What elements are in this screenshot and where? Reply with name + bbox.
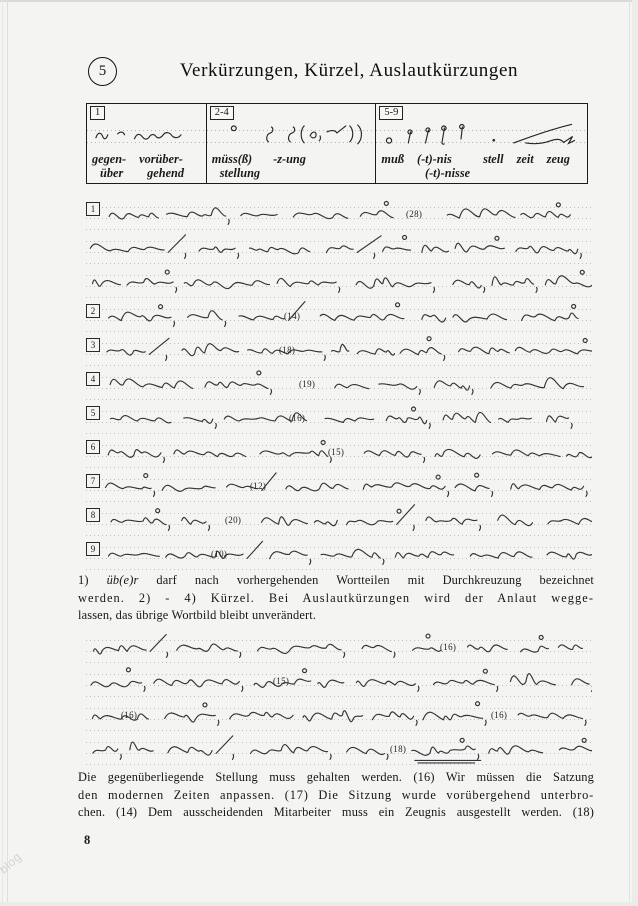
shorthand-stroke xyxy=(86,732,592,766)
shorthand-line-1: 1 (28) xyxy=(86,197,592,231)
practice-line-1: (16) xyxy=(86,630,592,664)
shorthand-symbols xyxy=(87,121,206,149)
line-number-box: 9 xyxy=(86,542,100,556)
legend-word: -z-ung xyxy=(273,153,306,167)
legend-word: (-t)-nis xyxy=(417,153,452,167)
legend-cell-3: 5-9 muß (-t)-nis (-t)-nisse stell zei xyxy=(376,104,587,183)
shorthand-line-5: 5 (16) xyxy=(86,401,592,435)
shorthand-stroke xyxy=(86,698,592,732)
line-number-box: 4 xyxy=(86,372,100,386)
legend-cell-tag: 5-9 xyxy=(379,106,403,120)
shorthand-stroke xyxy=(103,333,592,367)
shorthand-symbol-drawing xyxy=(376,121,587,149)
footnote-paragraph: 1) üb(e)r darf nach vorhergehenden Wortt… xyxy=(78,572,594,625)
scan-edge-right xyxy=(629,0,630,906)
sentence-ref: (19) xyxy=(299,379,315,389)
shorthand-line-7: 7 (12) xyxy=(86,469,592,503)
practice-line-2: (15) xyxy=(86,664,592,698)
watermark-text: blog xyxy=(0,850,24,877)
sentence-ref: (28) xyxy=(406,209,422,219)
section-number-badge: 5 xyxy=(88,57,117,86)
shorthand-practice-block: (16) (15) (16) (16) (18) xyxy=(86,630,592,766)
sentence-ref: (16) xyxy=(289,413,305,423)
legend-word: gehend xyxy=(139,167,184,181)
line-number-box: 1 xyxy=(86,202,100,216)
shorthand-stroke xyxy=(86,265,592,299)
shorthand-stroke xyxy=(103,367,592,401)
sentence-ref: (12) xyxy=(250,481,266,491)
legend-word: zeug xyxy=(547,153,570,167)
practice-line-4: (18) xyxy=(86,732,592,766)
sentence-ref: (10) xyxy=(211,549,227,559)
shorthand-symbols xyxy=(376,121,587,149)
scan-edge-left xyxy=(7,0,8,906)
shorthand-stroke xyxy=(103,503,592,537)
sentence-ref: (15) xyxy=(328,447,344,457)
footnote-line: lassen, das übrige Wortbild bleibt unver… xyxy=(78,607,594,625)
legend-cell-2: 2-4 müss(ß) stellung -z-ung xyxy=(207,104,377,183)
legend-word: über xyxy=(92,167,123,181)
legend-word: müss(ß) xyxy=(212,153,252,167)
solution-line: den modernen Zeiten anpassen. (17) Die S… xyxy=(78,787,594,805)
shorthand-symbol-drawing xyxy=(87,121,206,149)
shorthand-stroke xyxy=(103,537,592,571)
sentence-ref: (16) xyxy=(491,710,507,720)
legend-word: (-t)-nisse xyxy=(417,167,470,181)
line-number-box: 3 xyxy=(86,338,100,352)
legend-word: muß xyxy=(381,153,404,167)
page-title: Verkürzungen, Kürzel, Auslautkürzungen xyxy=(120,60,578,82)
practice-line-3: (16) (16) xyxy=(86,698,592,732)
legend-labels: gegen- über vorüber- gehend xyxy=(92,153,204,180)
footnote-line: werden. 2) - 4) Kürzel. Bei Auslautkürzu… xyxy=(78,590,594,608)
sentence-ref: (18) xyxy=(279,345,295,355)
legend-cell-tag: 2-4 xyxy=(210,106,234,120)
sentence-ref: (18) xyxy=(390,744,406,754)
legend-word: stell xyxy=(483,153,504,167)
shorthand-symbol-drawing xyxy=(207,121,376,149)
legend-word: vorüber- xyxy=(139,153,183,167)
shorthand-line-8: 8 (20) xyxy=(86,503,592,537)
shorthand-exercise-block: 1 (28) 2 (14) 3 (18) 4 (19) 5 (16) xyxy=(86,197,592,571)
footnote-line: 1) üb(e)r darf nach vorhergehenden Wortt… xyxy=(78,572,594,590)
shorthand-stroke xyxy=(86,630,592,664)
legend-labels: muß (-t)-nis (-t)-nisse stell zeit zeug xyxy=(381,153,585,180)
line-number-box: 5 xyxy=(86,406,100,420)
line-number-box: 7 xyxy=(86,474,100,488)
shorthand-stroke xyxy=(103,197,592,231)
scanned-page: 5 Verkürzungen, Kürzel, Auslautkürzungen… xyxy=(0,0,638,906)
sentence-ref: (20) xyxy=(225,515,241,525)
line-number-box: 6 xyxy=(86,440,100,454)
scan-edge-right-band xyxy=(632,0,638,906)
shorthand-line-2: 2 (14) xyxy=(86,299,592,333)
line-number-box: 2 xyxy=(86,304,100,318)
shorthand-stroke xyxy=(103,469,592,503)
shorthand-symbols xyxy=(207,121,376,149)
legend-word: gegen- xyxy=(92,153,126,167)
footnote-text: darf nach vorhergehenden Wortteilen mit … xyxy=(156,573,594,587)
legend-word xyxy=(273,167,281,181)
shorthand-line-3: 3 (18) xyxy=(86,333,592,367)
solution-line: Die gegenüberliegende Stellung muss geha… xyxy=(78,769,594,787)
shorthand-stroke xyxy=(103,435,592,469)
footnote-item-number: 1) xyxy=(78,573,89,587)
shorthand-stroke xyxy=(86,664,592,698)
sentence-ref: (15) xyxy=(273,676,289,686)
legend-cell-tag: 1 xyxy=(90,106,105,120)
solution-paragraph: Die gegenüberliegende Stellung muss geha… xyxy=(78,769,594,822)
legend-cell-1: 1 gegen- über vorüber- gehend xyxy=(87,104,207,183)
sentence-ref: (14) xyxy=(284,311,300,321)
legend-word: stellung xyxy=(212,167,260,181)
sentence-ref: (16) xyxy=(440,642,456,652)
line-number-box: 8 xyxy=(86,508,100,522)
scan-edge-top xyxy=(0,0,638,2)
legend-labels: müss(ß) stellung -z-ung xyxy=(212,153,374,180)
scan-edge-left-outer xyxy=(2,0,3,906)
shorthand-stroke xyxy=(103,299,592,333)
footnote-term: üb(e)r xyxy=(107,573,139,587)
shorthand-stroke xyxy=(103,401,592,435)
shorthand-line-6: 6 (15) xyxy=(86,435,592,469)
legend-word: zeit xyxy=(517,153,534,167)
shorthand-legend-table: 1 gegen- über vorüber- gehend 2-4 xyxy=(86,103,588,184)
shorthand-line-1b xyxy=(86,231,592,265)
solution-line: chen. (14) Dem ausscheidenden Mitarbeite… xyxy=(78,804,594,822)
shorthand-line-9: 9 (10) xyxy=(86,537,592,571)
shorthand-stroke xyxy=(86,231,592,265)
sentence-ref: (16) xyxy=(121,710,137,720)
shorthand-line-1c xyxy=(86,265,592,299)
scan-edge-bottom xyxy=(0,902,638,906)
page-number: 8 xyxy=(84,833,90,848)
shorthand-line-4: 4 (19) xyxy=(86,367,592,401)
